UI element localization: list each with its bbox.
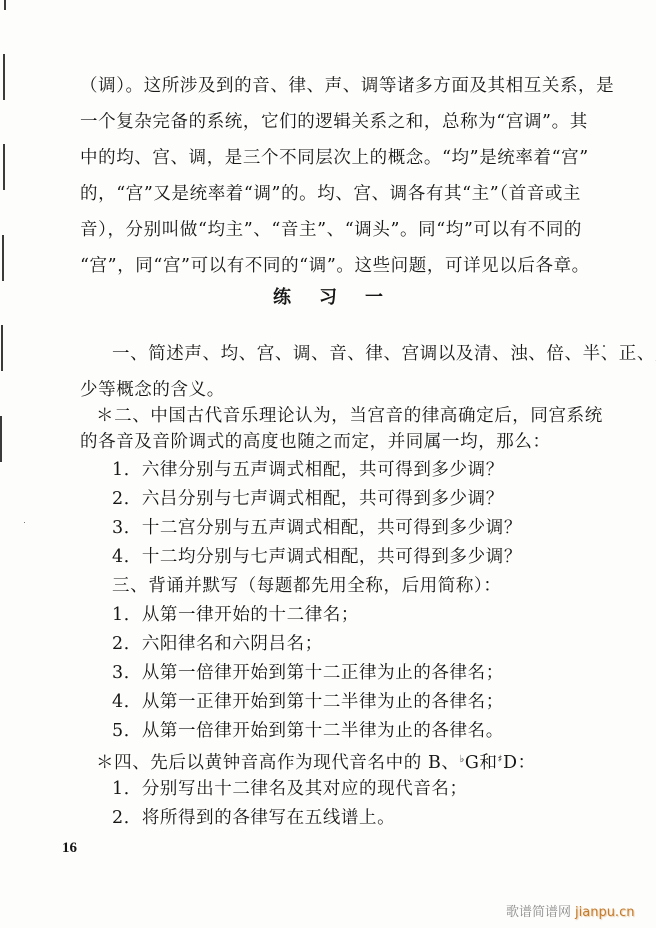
binding-edge-mark xyxy=(2,235,4,281)
exercise-3-subitem: 3．从第一倍律开始到第十二正律为止的各律名； xyxy=(112,661,504,685)
exercise-4-heading-text: D： xyxy=(503,753,536,773)
watermark-site-name: 歌谱简谱网 xyxy=(506,905,571,920)
paragraph-line: “宫”，同“宫”可以有不同的“调”。这些问题，可详见以后各章。 xyxy=(80,254,590,278)
scan-speck xyxy=(603,345,605,347)
exercise-1-line: 少等概念的含义。 xyxy=(80,378,225,402)
exercise-4-subitem: 2．将所得到的各律写在五线谱上。 xyxy=(112,806,395,830)
exercise-3-heading: 三、背诵并默写（每题都先用全称，后用简称）： xyxy=(112,574,501,598)
binding-edge-mark xyxy=(1,325,3,371)
exercise-3-subitem: 2．六阳律名和六阴吕名； xyxy=(112,632,323,656)
paragraph-line: 一个复杂完备的系统，它们的逻辑关系之和，总称为“宫调”。其 xyxy=(80,110,588,134)
binding-edge-mark xyxy=(0,416,2,462)
site-watermark: 歌谱简谱网jianpu.cn xyxy=(506,901,634,920)
watermark-url: jianpu.cn xyxy=(575,905,634,920)
exercise-4-heading-text: G和 xyxy=(465,753,498,773)
exercise-1-line: 一、简述声、均、宫、调、音、律、宫调以及清、浊、倍、半、正、太、 xyxy=(112,342,656,366)
scan-speck xyxy=(24,522,25,523)
exercise-4-heading-text: ＊四、先后以黄钟音高作为现代音名中的 B、 xyxy=(96,753,460,773)
exercise-2-subitem: 2．六吕分别与七声调式相配，共可得到多少调？ xyxy=(112,487,504,511)
exercise-2-subitem: 1．六律分别与五声调式相配，共可得到多少调？ xyxy=(112,458,504,482)
paragraph-line: （调）。这所涉及到的音、律、声、调等诸多方面及其相互关系，是 xyxy=(80,74,614,98)
exercise-4-heading: ＊四、先后以黄钟音高作为现代音名中的 B、♭G和♯D： xyxy=(96,748,536,775)
exercise-2-subitem: 4．十二均分别与七声调式相配，共可得到多少调？ xyxy=(112,545,522,569)
paragraph-line: 中的均、宫、调，是三个不同层次上的概念。“均”是统率着“宫” xyxy=(80,146,589,170)
paragraph-line: 的，“宫”又是统率着“调”的。均、宫、调各有其“主”（首音或主 xyxy=(80,182,581,206)
book-page: （调）。这所涉及到的音、律、声、调等诸多方面及其相互关系，是 一个复杂完备的系统… xyxy=(0,0,656,928)
exercise-3-subitem: 4．从第一正律开始到第十二半律为止的各律名； xyxy=(112,690,504,714)
exercise-2-line: ＊二、中国古代音乐理论认为，当宫音的律高确定后，同宫系统 xyxy=(96,404,603,428)
binding-edge-mark xyxy=(3,144,5,190)
exercise-3-subitem: 1．从第一律开始的十二律名； xyxy=(112,603,359,627)
exercise-4-subitem: 1．分别写出十二律名及其对应的现代音名； xyxy=(112,777,468,801)
paragraph-line: 音），分别叫做“均主”、“音主”、“调头”。同“均”可以有不同的 xyxy=(80,218,582,242)
exercise-2-subitem: 3．十二宫分别与五声调式相配，共可得到多少调？ xyxy=(112,516,522,540)
binding-edge-mark xyxy=(4,0,6,10)
section-title: 练习一 xyxy=(0,286,656,310)
exercise-2-line: 的各音及音阶调式的高度也随之而定，并同属一均，那么： xyxy=(80,430,551,454)
binding-edge-mark xyxy=(3,54,5,100)
page-number: 16 xyxy=(62,840,77,857)
exercise-3-subitem: 5．从第一倍律开始到第十二半律为止的各律名。 xyxy=(112,719,504,743)
